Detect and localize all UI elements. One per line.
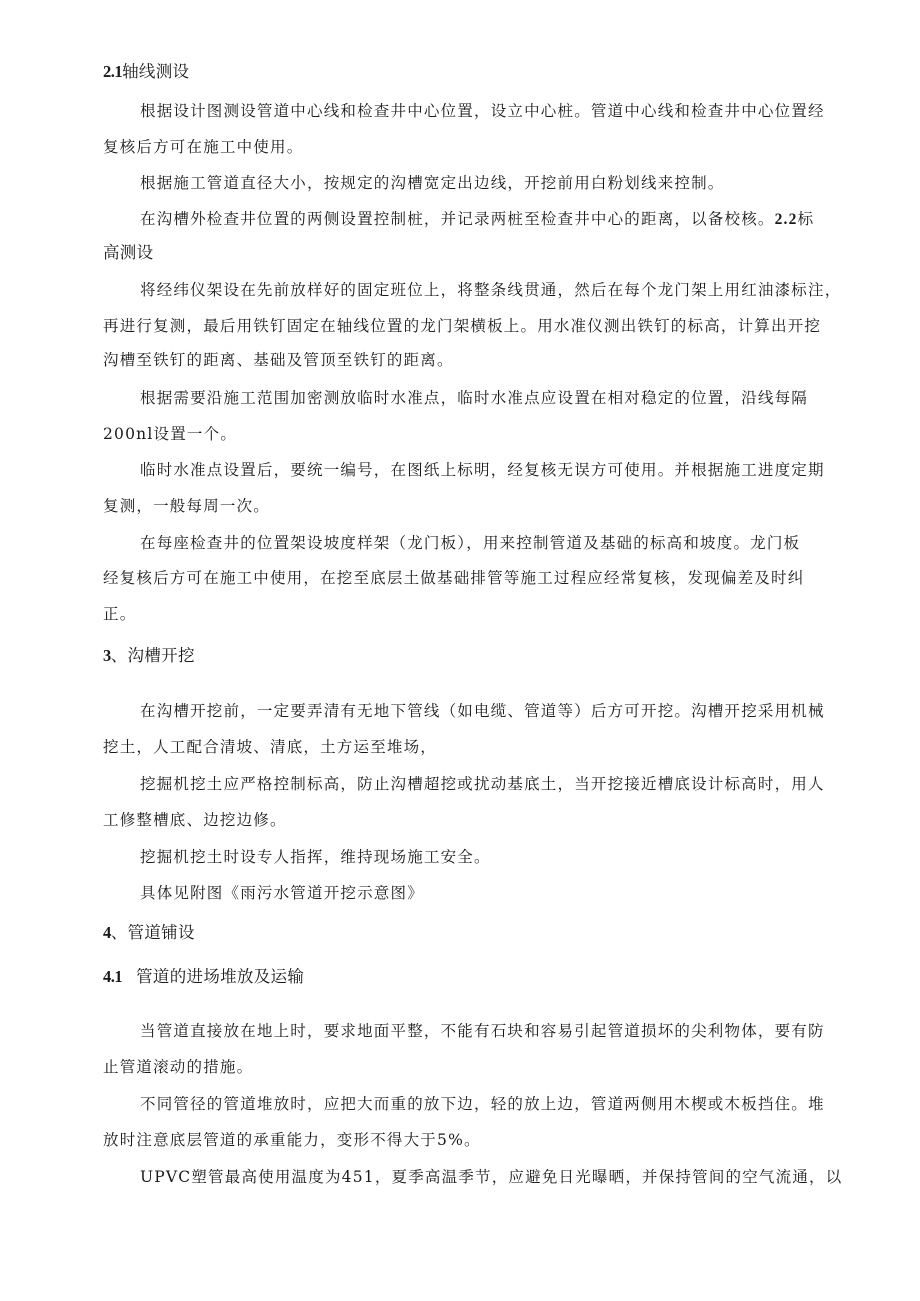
paragraph-line: 复测，一般每周一次。	[103, 496, 830, 516]
heading-number: 3	[103, 646, 111, 665]
paragraph-line: 再进行复测，最后用铁钉固定在轴线位置的龙门架横板上。用水准仪测出铁钉的标高，计算…	[103, 316, 830, 336]
heading-text: 、沟槽开挖	[111, 646, 195, 665]
paragraph-line: 正。	[103, 604, 830, 624]
paragraph-line: 挖土，人工配合清坡、清底，土方运至堆场，	[103, 737, 830, 757]
paragraph-line: 不同管径的管道堆放时，应把大而重的放下边，轻的放上边，管道两侧用木楔或木板挡住。…	[140, 1094, 830, 1114]
heading-number: 4	[103, 923, 111, 942]
paragraph-line: 临时水准点设置后，要统一编号，在图纸上标明，经复核无误方可使用。并根据施工进度定…	[140, 460, 830, 480]
section-heading-2-2-cont: 高测设	[103, 243, 830, 263]
heading-number: 2.1	[103, 62, 122, 81]
heading-number-2-2: 2.2	[775, 211, 798, 228]
paragraph-line: 沟槽至铁钉的距离、基础及管顶至铁钉的距离。	[103, 350, 830, 370]
paragraph-line: 200nl设置一个。	[103, 424, 830, 444]
section-heading-3: 3、沟槽开挖	[103, 646, 830, 666]
paragraph-line: 在沟槽开挖前，一定要弄清有无地下管线（如电缆、管道等）后方可开挖。沟槽开挖采用机…	[140, 701, 830, 721]
paragraph-line: 止管道滚动的措施。	[103, 1057, 830, 1077]
paragraph-line: 在每座检查井的位置架设坡度样架（龙门板），用来控制管道及基础的标高和坡度。龙门板	[140, 533, 830, 553]
paragraph-line: 挖掘机挖土时设专人指挥，维持现场施工安全。	[140, 847, 830, 867]
paragraph-line: UPVC塑管最高使用温度为451，夏季高温季节，应避免日光曝晒，并保持管间的空气…	[140, 1167, 830, 1187]
heading-text: 轴线测设	[122, 62, 189, 81]
section-heading-4-1: 4.1管道的进场堆放及运输	[103, 967, 830, 987]
paragraph-line: 挖掘机挖土应严格控制标高，防止沟槽超挖或扰动基底土，当开挖接近槽底设计标高时，用…	[140, 774, 830, 794]
paragraph-line: 根据施工管道直径大小，按规定的沟槽宽定出边线，开挖前用白粉划线来控制。	[140, 173, 830, 193]
heading-text: 管道的进场堆放及运输	[136, 967, 304, 986]
heading-text-a: 标	[798, 210, 815, 228]
paragraph-line: 根据需要沿施工范围加密测放临时水准点，临时水准点应设置在相对稳定的位置，沿线每隔	[140, 388, 830, 408]
paragraph-line: 经复核后方可在施工中使用，在挖至底层土做基础排管等施工过程应经常复核，发现偏差及…	[103, 568, 830, 588]
section-heading-4: 4、管道铺设	[103, 923, 830, 943]
paragraph-line: 放时注意底层管道的承重能力，变形不得大于5%。	[103, 1130, 830, 1150]
heading-text: 、管道铺设	[111, 923, 195, 942]
paragraph-line-with-heading: 在沟槽外检查井位置的两侧设置控制桩，并记录两桩至检查井中心的距离，以备校核。2.…	[140, 209, 830, 230]
paragraph-line: 根据设计图测设管道中心线和检查井中心位置，设立中心桩。管道中心线和检查井中心位置…	[140, 101, 830, 121]
paragraph-line: 具体见附图《雨污水管道开挖示意图》	[140, 883, 830, 903]
section-heading-2-1: 2.1轴线测设	[103, 62, 830, 82]
paragraph-line: 当管道直接放在地上时，要求地面平整，不能有石块和容易引起管道损坏的尖利物体，要有…	[140, 1021, 830, 1041]
paragraph-line: 工修整槽底、边挖边修。	[103, 810, 830, 830]
heading-number: 4.1	[103, 967, 122, 986]
paragraph-line: 将经纬仪架设在先前放样好的固定班位上，将整条线贯通，然后在每个龙门架上用红油漆标…	[140, 280, 830, 300]
document-page: 2.1轴线测设 根据设计图测设管道中心线和检查井中心位置，设立中心桩。管道中心线…	[0, 0, 920, 1301]
paragraph-text: 在沟槽外检查井位置的两侧设置控制桩，并记录两桩至检查井中心的距离，以备校核。	[140, 210, 775, 228]
paragraph-line: 复核后方可在施工中使用。	[103, 137, 830, 157]
